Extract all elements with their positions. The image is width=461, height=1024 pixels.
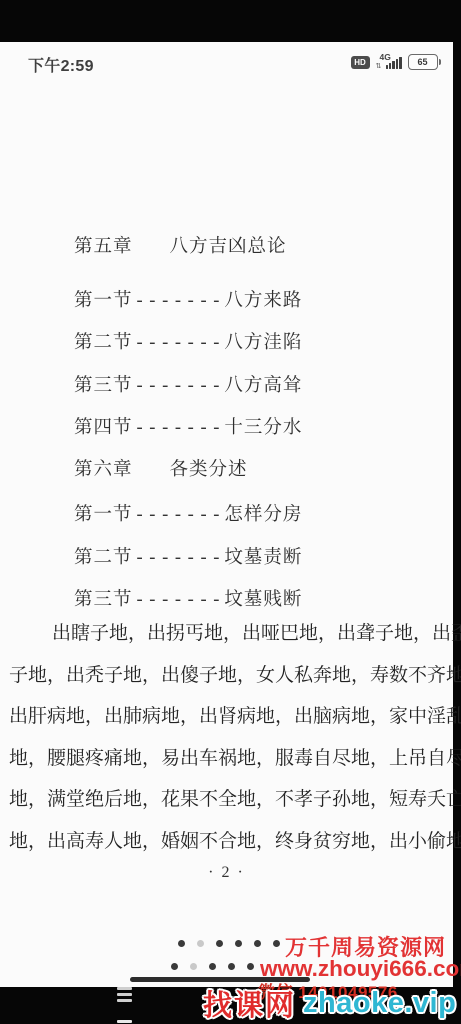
data-arrows-icon: ⇅ [376,63,382,70]
toc-chapter-row: 第六章各类分述 [74,455,248,481]
bottom-tick-mark [117,1020,132,1023]
body-text-line: 出肝病地，出肺病地，出肾病地，出脑病地，家中淫乱 [9,701,450,728]
body-text-line: 地，出高寿人地，婚姻不合地，终身贫穷地，出小偷地， [9,826,450,853]
hd-icon: HD [351,56,370,69]
menu-icon[interactable] [117,987,132,1005]
dot-row [178,940,280,947]
zhaoke-url: zhaoke.vip [303,987,456,1020]
page-number: · 2 · [0,864,453,882]
book-page[interactable]: 下午2:59 HD 4G ⇅ 65 第五章八方吉凶总论 第一节- - - - -… [0,42,453,987]
body-text-line: 地，腰腿疼痛地，易出车祸地，服毒自尽地，上吊自尽 [9,743,450,770]
cellular-signal-icon: 4G ⇅ [376,54,402,70]
clock: 下午2:59 [28,53,94,76]
toc-section-row: 第三节- - - - - - -八方高耸 [74,371,302,397]
phone-screenshot: 下午2:59 HD 4G ⇅ 65 第五章八方吉凶总论 第一节- - - - -… [0,0,461,1024]
toc-section-row: 第四节- - - - - - -十三分水 [74,413,302,439]
zhaoke-name: 找课网 [203,983,296,1024]
status-icons: HD 4G ⇅ 65 [351,53,442,71]
toc-section-row: 第一节- - - - - - -怎样分房 [74,500,302,526]
battery-icon: 65 [408,54,442,70]
body-text-line: 子地，出秃子地，出傻子地，女人私奔地，寿数不齐地， [9,660,450,687]
toc-section-row: 第一节- - - - - - -八方来路 [74,286,302,312]
toc-section-row: 第三节- - - - - - -坟墓贱断 [74,585,302,611]
body-text-line: 出瞎子地，出拐丐地，出哑巴地，出聋子地，出歪 [52,618,450,645]
toc-section-row: 第二节- - - - - - -坟墓责断 [74,543,302,569]
status-bar: 下午2:59 HD 4G ⇅ 65 [0,50,453,76]
body-text-line: 地，满堂绝后地，花果不全地，不孝子孙地，短寿夭亡 [9,784,450,811]
watermark-zhaoke: 找课网 zhaoke.vip [203,983,456,1024]
toc-section-row: 第二节- - - - - - -八方洼陷 [74,328,302,354]
toc-chapter-row: 第五章八方吉凶总论 [74,232,287,258]
dot-row [171,963,254,970]
signal-bars-icon [386,57,402,69]
